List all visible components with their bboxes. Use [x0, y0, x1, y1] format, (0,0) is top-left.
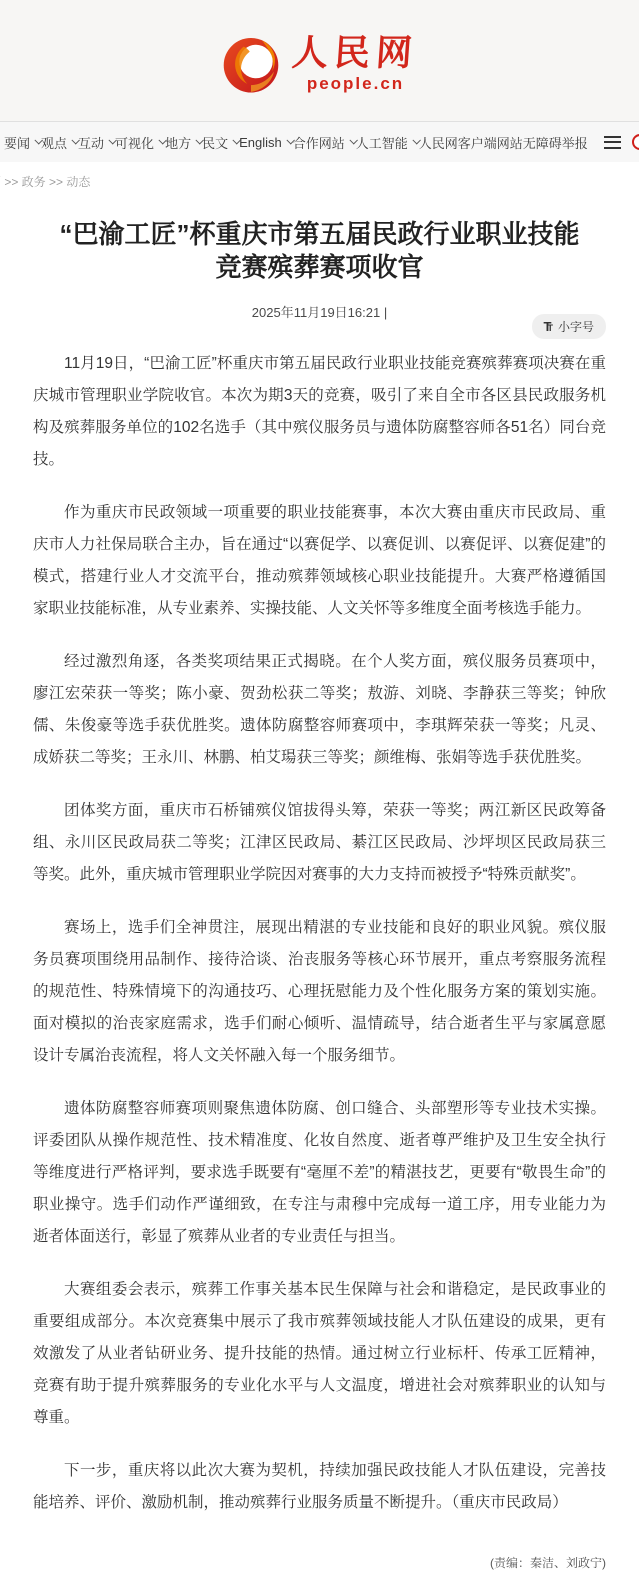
nav-item-label: 互动 [78, 133, 104, 152]
article-paragraph-7: 大赛组委会表示，殡葬工作事关基本民生保障与社会和谐稳定，是民政事业的重要组成部分… [33, 1274, 606, 1434]
nav-item-yaowen[interactable]: 要闻 [4, 133, 41, 152]
nav-item-english[interactable]: English [239, 135, 293, 150]
article: “巴渝工匠”杯重庆市第五届民政行业职业技能竞赛殡葬赛项收官 2025年11月19… [0, 200, 639, 1550]
nav-item-wuzhangai[interactable]: 网站无障碍 [497, 133, 562, 152]
nav-item-label: 可视化 [115, 133, 154, 152]
nav-item-label: 人工智能 [356, 133, 408, 152]
breadcrumb[interactable]: 页 >> 政务 >> 动态 [0, 175, 90, 189]
nav-item-label: 人民网客户端 [419, 133, 497, 152]
site-header: 人民网 people.cn [0, 0, 639, 121]
article-body: 11月19日，“巴渝工匠”杯重庆市第五届民政行业职业技能竞赛殡葬赛项决赛在重庆城… [33, 348, 606, 1519]
nav-item-label: 观点 [41, 133, 67, 152]
article-paragraph-8: 下一步，重庆将以此次大赛为契机，持续加强民政技能人才队伍建设，完善技能培养、评价… [33, 1455, 606, 1519]
article-paragraph-6: 遗体防腐整容师赛项则聚焦遗体防腐、创口缝合、头部塑形等专业技术实操。评委团队从操… [33, 1093, 606, 1253]
logo-text: 人民网 people.cn [292, 35, 418, 92]
people-cn-logo-icon [220, 33, 282, 95]
article-paragraph-5: 赛场上，选手们全神贯注，展现出精湛的专业技能和良好的职业风貌。殡仪服务员赛项围绕… [33, 912, 606, 1072]
nav-item-rengong-zhineng[interactable]: 人工智能 [356, 133, 419, 152]
nav-item-keshihua[interactable]: 可视化 [115, 133, 165, 152]
nav-item-label: 地方 [165, 133, 191, 152]
nav-item-hudong[interactable]: 互动 [78, 133, 115, 152]
nav-item-guandian[interactable]: 观点 [41, 133, 78, 152]
nav-item-label: 要闻 [4, 133, 30, 152]
nav-items: 要闻观点互动可视化地方民文English合作网站人工智能人民网客户端网站无障碍举… [4, 133, 588, 152]
search-icon[interactable] [632, 134, 639, 150]
publish-date: 2025年11月19日16:21 | [33, 302, 606, 321]
logo-domain: people.cn [307, 75, 404, 92]
nav-item-difang[interactable]: 地方 [165, 133, 202, 152]
editor-note: (责编：秦洁、刘政宁) [490, 1556, 606, 1570]
main-nav: 要闻观点互动可视化地方民文English合作网站人工智能人民网客户端网站无障碍举… [0, 121, 639, 162]
nav-item-hezuo-wangzhan[interactable]: 合作网站 [293, 133, 356, 152]
editor-row: (责编：秦洁、刘政宁) [0, 1550, 639, 1590]
article-paragraph-2: 作为重庆市民政领域一项重要的职业技能赛事，本次大赛由重庆市民政局、重庆市人力社保… [33, 497, 606, 625]
article-paragraph-3: 经过激烈角逐，各类奖项结果正式揭晓。在个人奖方面，殡仪服务员赛项中，廖江宏荣获一… [33, 646, 606, 774]
font-size-button[interactable]: TT 小字号 [532, 314, 606, 339]
nav-item-jubao[interactable]: 举报 [562, 133, 588, 152]
article-paragraph-4: 团体奖方面，重庆市石桥铺殡仪馆拔得头筹，荣获一等奖；两江新区民政筹备组、永川区民… [33, 795, 606, 891]
nav-item-label: 网站无障碍 [497, 133, 562, 152]
people-cn-logo[interactable]: 人民网 people.cn [220, 33, 418, 95]
logo-chinese-name: 人民网 [291, 35, 420, 71]
nav-item-minwen[interactable]: 民文 [202, 133, 239, 152]
hamburger-menu-icon[interactable] [604, 136, 621, 149]
page-title: “巴渝工匠”杯重庆市第五届民政行业职业技能竞赛殡葬赛项收官 [33, 218, 606, 284]
breadcrumb-row: 页 >> 政务 >> 动态 [0, 162, 639, 200]
article-paragraph-1: 11月19日，“巴渝工匠”杯重庆市第五届民政行业职业技能竞赛殡葬赛项决赛在重庆城… [33, 348, 606, 476]
nav-item-label: 举报 [562, 133, 588, 152]
font-size-icon: TT [544, 319, 553, 334]
font-size-label: 小字号 [558, 318, 594, 335]
nav-item-label: English [239, 135, 282, 150]
article-meta-row: 2025年11月19日16:21 | TT 小字号 [33, 302, 606, 348]
nav-item-kehuduan[interactable]: 人民网客户端 [419, 133, 497, 152]
nav-item-label: 合作网站 [293, 133, 345, 152]
nav-item-label: 民文 [202, 133, 228, 152]
